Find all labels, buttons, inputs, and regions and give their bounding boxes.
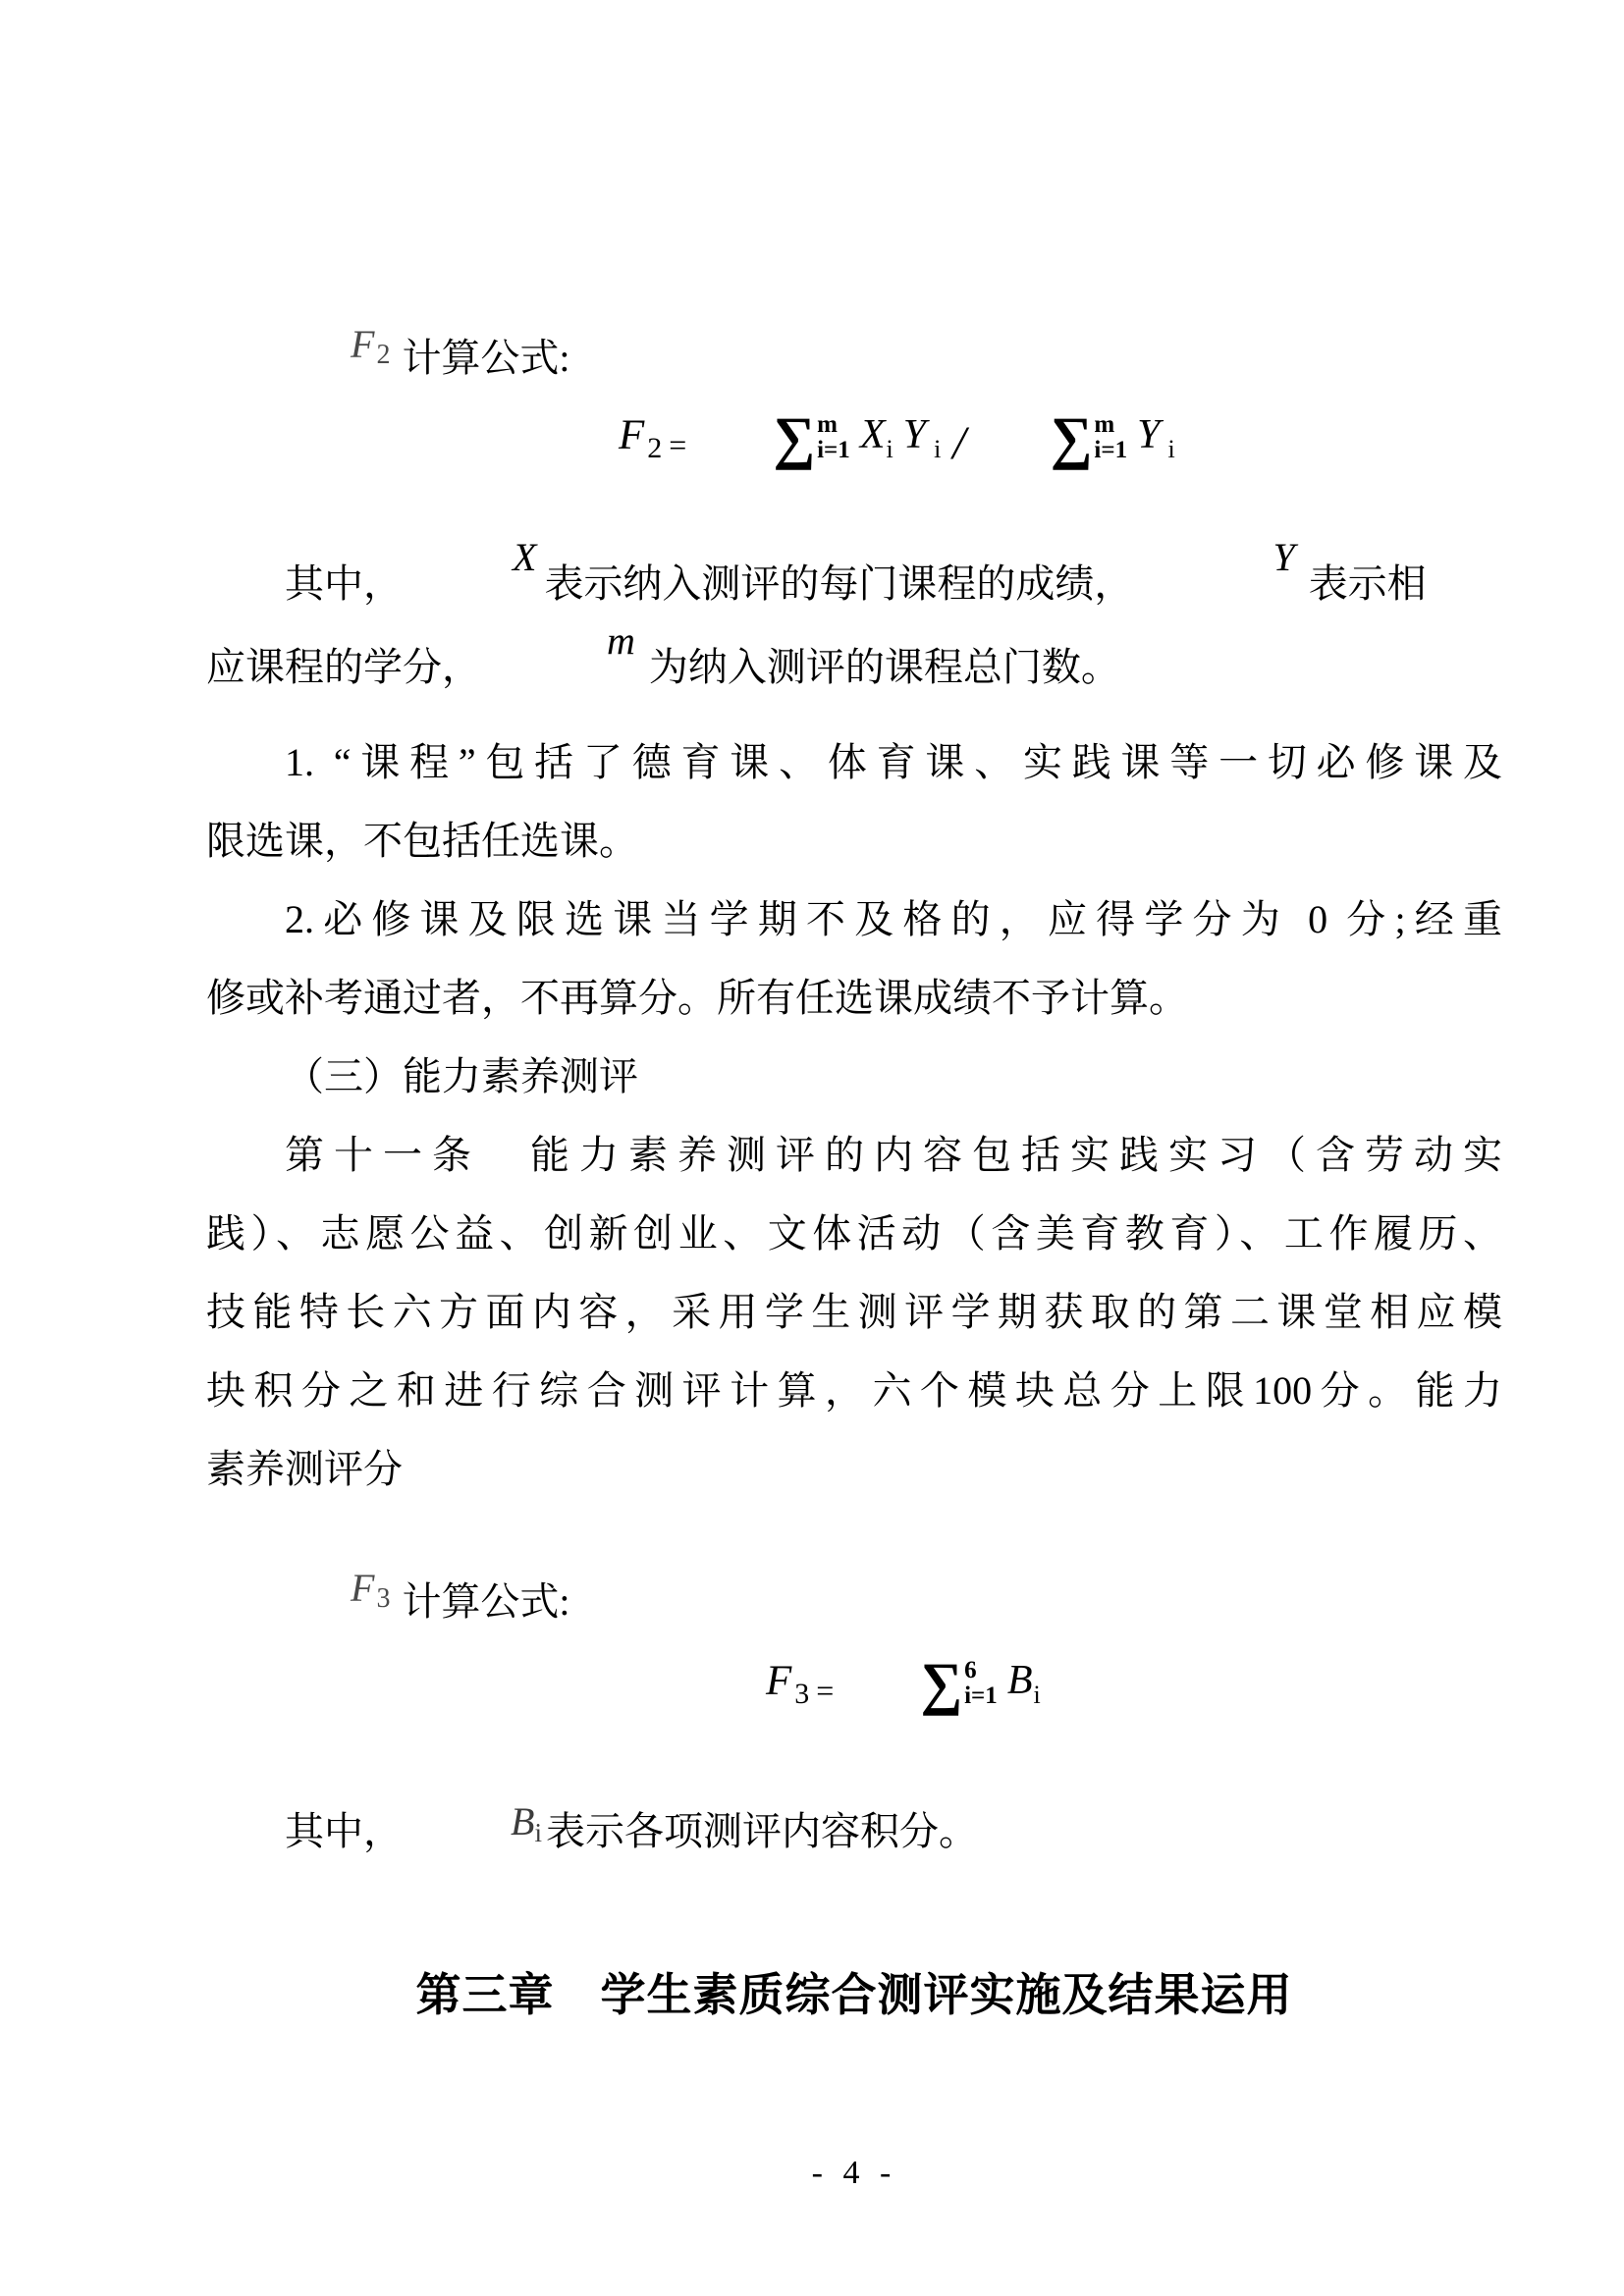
y-description-start: 表示相 (1309, 561, 1427, 606)
note-1-line-1: 1. “课程”包括了德育课、体育课、实践课等一切必修课及 (206, 723, 1502, 802)
variables-explanation-line-1: 其中，X表示纳入测评的每门课程的成绩，Y表示相 (206, 542, 1502, 625)
variable-x: X (513, 535, 536, 579)
term-y: Yi (903, 411, 942, 464)
sigma-sum-2: ∑mi=1 (1051, 408, 1127, 467)
f2-variable-letter: F (351, 322, 374, 366)
f3-lhs-subscript: 3 (794, 1678, 809, 1710)
chapter-3-heading: 第三章 学生素质综合测评实施及结果运用 (206, 1964, 1502, 2025)
term-y-subscript: i (934, 435, 941, 463)
f2-variable-subscript: 2 (376, 340, 390, 370)
f2-lhs-letter: F (619, 412, 644, 458)
f3-lhs-letter: F (766, 1658, 791, 1704)
variables-explanation-paragraph: 其中，X表示纳入测评的每门课程的成绩，Y表示相 应课程的学分，m为纳入测评的课程… (206, 542, 1502, 709)
term-b-letter: B (1007, 1658, 1033, 1703)
equals-sign: = (816, 1673, 834, 1708)
note-2-line-1: 2.必修课及限选课当学期不及格的，应得学分为 0 分;经重 (206, 881, 1502, 959)
sigma-limits: 6i=1 (964, 1658, 998, 1710)
term-y2: Yi (1137, 411, 1175, 464)
variable-m: m (607, 618, 635, 663)
variable-b: Bi (511, 1799, 542, 1843)
sigma-lower-limit: i=1 (964, 1683, 998, 1709)
lead-text: 其中， (285, 561, 403, 606)
f2-formula-caption: F2计算公式: (351, 324, 1502, 393)
term-x-subscript: i (886, 435, 893, 463)
y-description-end: 应课程的学分， (206, 645, 481, 689)
term-y-letter: Y (903, 412, 926, 457)
sigma-limits: mi=1 (1094, 412, 1127, 464)
sigma-sum-1: ∑mi=1 (773, 408, 849, 467)
f2-variable: F2 (351, 322, 390, 366)
variable-b-letter: B (511, 1799, 534, 1843)
equals-sign: = (669, 427, 686, 462)
division-slash: / (952, 416, 965, 470)
article-11-line-1: 第十一条 能力素养测评的内容包括实践实习（含劳动实 (206, 1116, 1502, 1195)
sigma-limits: mi=1 (817, 412, 850, 464)
b-description: 表示各项测评内容积分。 (546, 1809, 978, 1853)
f2-lhs-subscript: 2 (647, 432, 662, 464)
sigma-icon: ∑ (773, 408, 815, 467)
term-y2-subscript: i (1167, 435, 1174, 463)
f3-variable-subscript: 3 (376, 1583, 390, 1614)
variable-b-subscript: i (534, 1818, 542, 1847)
document-page: F2计算公式: F2= ∑mi=1 Xi Yi / ∑mi=1 Yi 其中，X表… (0, 0, 1624, 2296)
term-b: Bi (1007, 1657, 1041, 1710)
article-11-line-3: 技能特长六方面内容，采用学生测评学期获取的第二课堂相应模 (206, 1273, 1502, 1352)
f3-variable-letter: F (351, 1566, 374, 1610)
subsection-3-heading: （三）能力素养测评 (206, 1038, 1502, 1116)
variables-explanation-line-2: 应课程的学分，m为纳入测评的课程总门数。 (206, 625, 1502, 709)
sigma-lower-limit: i=1 (817, 438, 850, 463)
notes-and-article-block: 1. “课程”包括了德育课、体育课、实践课等一切必修课及 限选课，不包括任选课。… (206, 723, 1502, 1509)
term-b-subscript: i (1033, 1681, 1040, 1709)
f3-equation: F3= ∑6i=1 Bi (766, 1638, 1502, 1729)
f2-caption-text: 计算公式: (402, 336, 569, 380)
f2-equation-lhs: F2= (619, 411, 686, 465)
sigma-sum-3: ∑6i=1 (920, 1654, 997, 1713)
article-11-line-2: 践）、志愿公益、创新创业、文体活动（含美育教育）、工作履历、 (206, 1195, 1502, 1273)
f3-caption-text: 计算公式: (402, 1579, 569, 1624)
b-variable-explanation: 其中，Bi表示各项测评内容积分。 (206, 1792, 1502, 1871)
sigma-upper-limit: m (1094, 412, 1127, 438)
f3-formula-caption: F3计算公式: (351, 1568, 1502, 1636)
sigma-icon: ∑ (1051, 408, 1093, 467)
sigma-lower-limit: i=1 (1094, 438, 1127, 463)
note-1-line-2: 限选课，不包括任选课。 (206, 802, 1502, 881)
sigma-upper-limit: m (817, 412, 850, 438)
article-11-line-5: 素养测评分 (206, 1430, 1502, 1509)
f2-equation: F2= ∑mi=1 Xi Yi / ∑mi=1 Yi (619, 393, 1502, 483)
x-description: 表示纳入测评的每门课程的成绩， (544, 561, 1133, 606)
lead-text: 其中， (285, 1809, 403, 1853)
f3-equation-lhs: F3= (766, 1657, 834, 1711)
sigma-upper-limit: 6 (964, 1658, 998, 1683)
page-number: - 4 - (206, 2151, 1502, 2196)
sigma-icon: ∑ (920, 1654, 962, 1713)
f3-variable: F3 (351, 1566, 390, 1610)
term-x: Xi (860, 411, 893, 464)
m-description: 为纳入测评的课程总门数。 (649, 645, 1120, 689)
term-x-letter: X (860, 412, 886, 457)
note-2-line-2: 修或补考通过者，不再算分。所有任选课成绩不予计算。 (206, 959, 1502, 1038)
variable-y: Y (1272, 535, 1294, 579)
term-y2-letter: Y (1137, 412, 1160, 457)
article-11-line-4: 块积分之和进行综合测评计算，六个模块总分上限100分。能力 (206, 1352, 1502, 1430)
